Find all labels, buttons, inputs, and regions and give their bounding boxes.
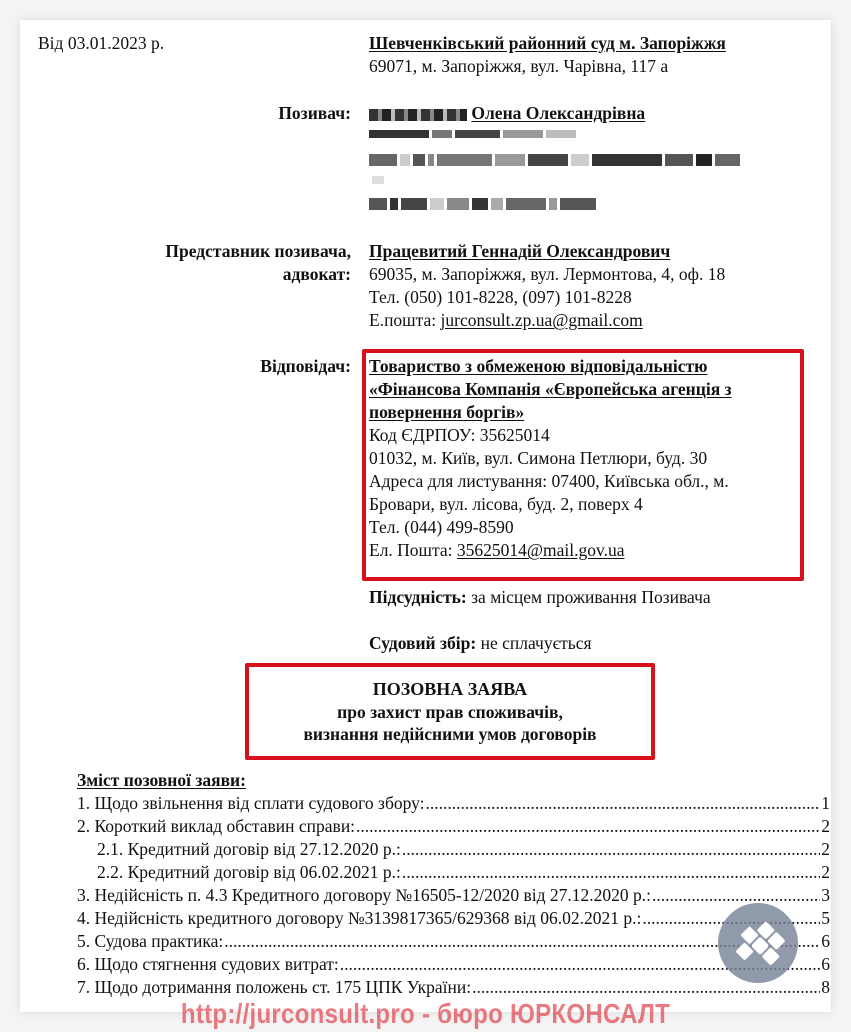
court-address: 69071, м. Запоріжжя, вул. Чарівна, 117 а (369, 55, 668, 78)
representative-label: Представник позивача, (165, 240, 351, 263)
representative-email-link[interactable]: jurconsult.zp.ua@gmail.com (441, 310, 643, 330)
defendant-label: Відповідач: (260, 355, 351, 378)
defendant-postal-address-line2: Бровари, вул. лісова, буд. 2, поверх 4 (369, 493, 643, 516)
toc-item[interactable]: 2. Короткий виклад обставин справи:2 (77, 815, 830, 838)
representative-label-advocate: адвокат: (283, 263, 351, 286)
claim-title: ПОЗОВНА ЗАЯВА (249, 678, 651, 701)
defendant-email-label: Ел. Пошта: (369, 540, 457, 560)
plaintiff-name-visible: Олена Олександрівна (471, 103, 645, 123)
plaintiff-id-redacted (369, 130, 589, 138)
toc-item[interactable]: 1. Щодо звільнення від сплати судового з… (77, 792, 830, 815)
plaintiff-contact-redacted (369, 198, 669, 210)
plaintiff-name-redacted (369, 109, 467, 121)
representative-address: 69035, м. Запоріжжя, вул. Лермонтова, 4,… (369, 263, 725, 286)
document-page: Від 03.01.2023 р. Шевченківський районни… (20, 20, 831, 1012)
representative-phone: Тел. (050) 101-8228, (097) 101-8228 (369, 286, 632, 309)
defendant-phone: Тел. (044) 499-8590 (369, 516, 514, 539)
defendant-name-line3: повернення боргів» (369, 401, 524, 424)
jurisdiction-line: Підсудність: за місцем проживання Позива… (369, 586, 711, 609)
toc-heading: Зміст позовної заяви: (77, 769, 246, 792)
toc-item[interactable]: 2.1. Кредитний договір від 27.12.2020 р.… (77, 838, 830, 861)
claim-title-box: ПОЗОВНА ЗАЯВА про захист прав споживачів… (245, 663, 655, 760)
jurisdiction-value: за місцем проживання Позивача (467, 587, 711, 607)
defendant-name-line1: Товариство з обмеженою відповідальністю (369, 355, 707, 378)
watermark-text: http://jurconsult.pro - бюро ЮРКОНСАЛТ (60, 998, 792, 1030)
defendant-address: 01032, м. Київ, вул. Симона Петлюри, буд… (369, 447, 707, 470)
court-name: Шевченківський районний суд м. Запоріжжя (369, 32, 726, 55)
court-fee-label: Судовий збір: (369, 633, 476, 653)
document-date: Від 03.01.2023 р. (38, 32, 164, 55)
representative-email-label: Е.пошта: (369, 310, 441, 330)
toc-item[interactable]: 2.2. Кредитний договір від 06.02.2021 р.… (77, 861, 830, 884)
representative-email-line: Е.пошта: jurconsult.zp.ua@gmail.com (369, 309, 643, 332)
defendant-postal-address-line1: Адреса для листування: 07400, Київська о… (369, 470, 729, 493)
defendant-edrpou: Код ЄДРПОУ: 35625014 (369, 424, 550, 447)
plaintiff-name: Олена Олександрівна (369, 102, 645, 125)
defendant-email-line: Ел. Пошта: 35625014@mail.gov.ua (369, 539, 625, 562)
puzzle-logo-icon (718, 903, 798, 983)
plaintiff-address-redacted-2 (372, 176, 384, 184)
plaintiff-label: Позивач: (278, 102, 351, 125)
court-fee-value: не сплачується (476, 633, 591, 653)
jurisdiction-label: Підсудність: (369, 587, 467, 607)
plaintiff-address-redacted (369, 154, 799, 166)
claim-subtitle-line1: про захист прав споживачів, (249, 701, 651, 723)
defendant-email-link[interactable]: 35625014@mail.gov.ua (457, 540, 625, 560)
claim-subtitle-line2: визнання недійсними умов договорів (249, 723, 651, 745)
court-fee-line: Судовий збір: не сплачується (369, 632, 592, 655)
defendant-name-line2: «Фінансова Компанія «Європейська агенція… (369, 378, 732, 401)
representative-name: Працевитий Геннадій Олександрович (369, 240, 670, 263)
